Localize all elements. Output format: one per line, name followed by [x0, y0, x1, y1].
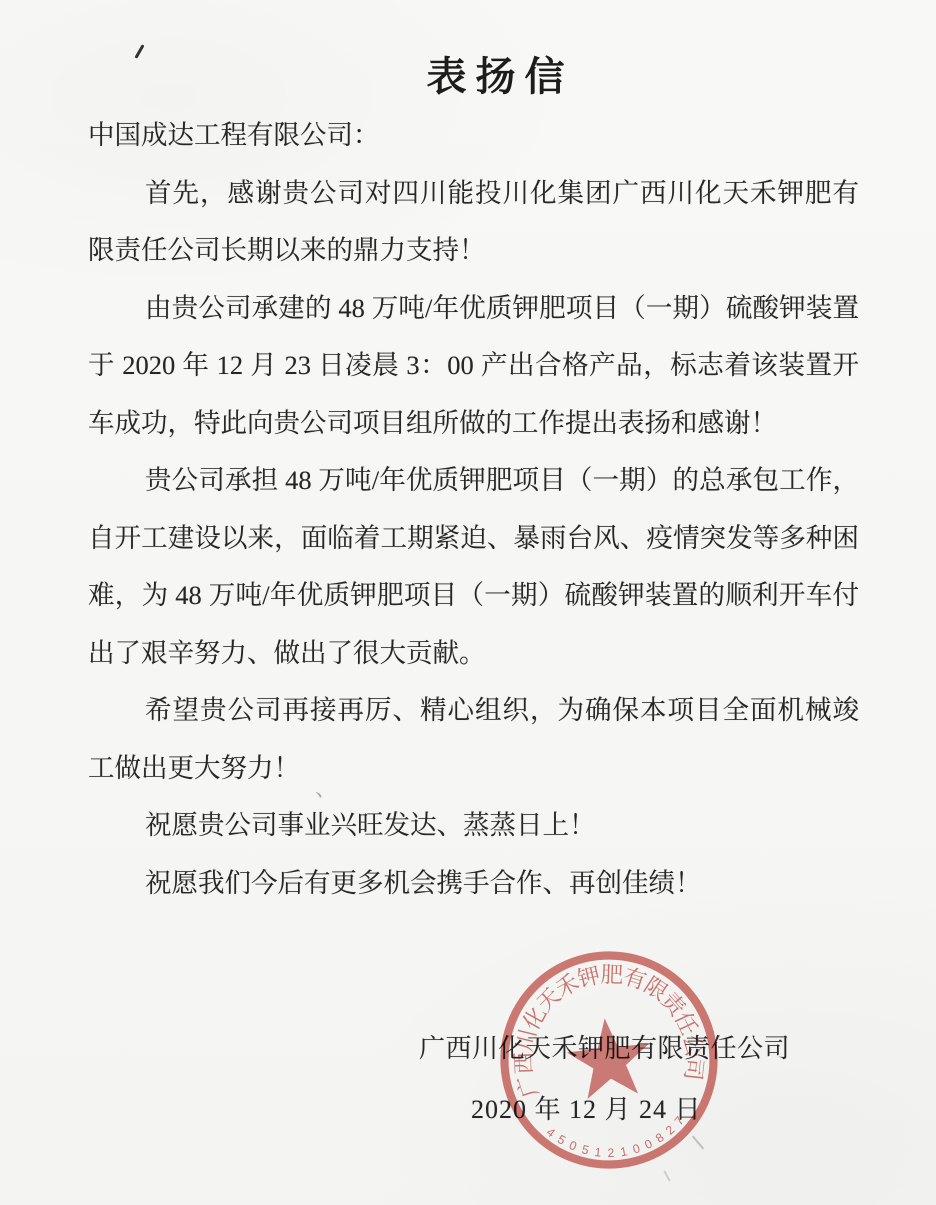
paragraph-6: 祝愿我们今后有更多机会携手合作、再创佳绩！ [88, 855, 859, 913]
paragraph-4: 希望贵公司再接再厉、精心组织，为确保本项目全面机械竣工做出更大努力！ [88, 682, 859, 797]
paragraph-2: 由贵公司承建的 48 万吨/年优质钾肥项目（一期）硫酸钾装置于 2020 年 1… [88, 280, 859, 453]
letter-body: 中国成达工程有限公司： 首先，感谢贵公司对四川能投川化集团广西川化天禾钾肥有限责… [88, 107, 859, 912]
letter-title: 表扬信 [64, 52, 936, 102]
paragraph-1: 首先，感谢贵公司对四川能投川化集团广西川化天禾钾肥有限责任公司长期以来的鼎力支持… [88, 165, 859, 280]
scan-artifact-stray-comma: 、 [315, 772, 337, 803]
paragraph-5: 祝愿贵公司事业兴旺发达、蒸蒸日上！ [88, 797, 859, 855]
paragraph-3: 贵公司承担 48 万吨/年优质钾肥项目（一期）的总承包工作，自开工建设以来，面临… [88, 452, 859, 682]
scan-artifact-scratch [663, 1170, 670, 1182]
company-seal-stamp: 广西川化天禾钾肥有限责任公司 450512100827 [486, 937, 732, 1183]
seal-star-icon [564, 1014, 654, 1101]
salutation-line: 中国成达工程有限公司： [88, 107, 859, 165]
commendation-letter-page: 表扬信 中国成达工程有限公司： 首先，感谢贵公司对四川能投川化集团广西川化天禾钾… [0, 0, 936, 1205]
